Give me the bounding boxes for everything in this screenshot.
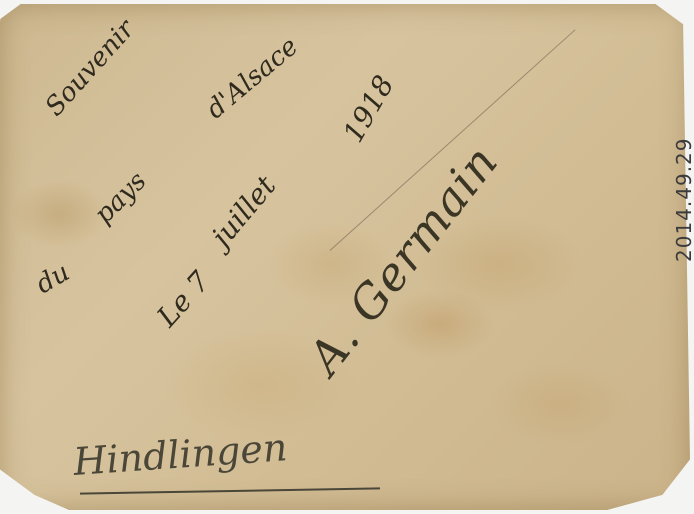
postcard-back (0, 4, 690, 510)
accession-number: 2014.49.29 (672, 137, 694, 262)
